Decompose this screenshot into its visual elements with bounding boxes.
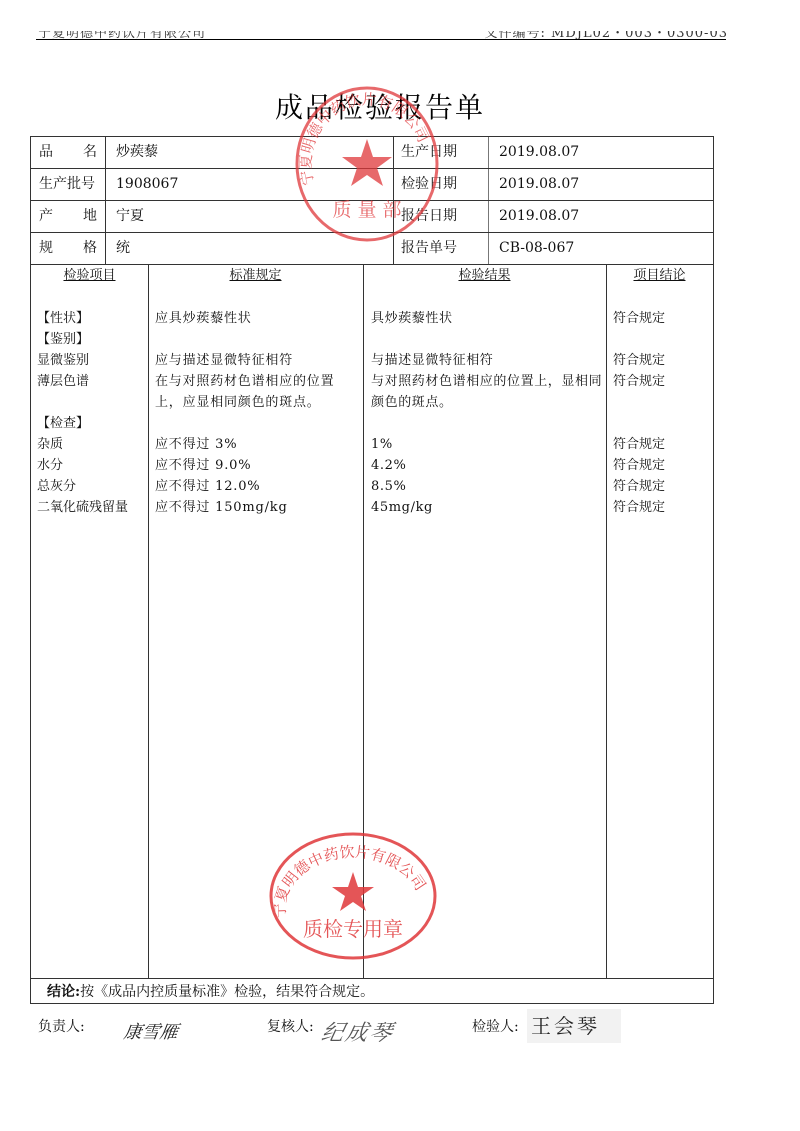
result-conclusion: 符合规定 [613, 350, 665, 371]
reviewer-signature: 纪成琴 [319, 1016, 398, 1047]
col-header-conclusion: 项目结论 [606, 265, 713, 287]
result-standard: 应不得过 150mg/kg [155, 497, 360, 518]
responsible-signature: 康雪雁 [122, 1018, 180, 1044]
result-conclusion: 符合规定 [613, 476, 665, 497]
result-item: 总灰分 [37, 476, 76, 497]
header-clip [0, 0, 800, 31]
result-standard: 应具炒蒺藜性状 [155, 308, 360, 329]
col-header-standard: 标准规定 [148, 265, 363, 287]
result-conclusion: 符合规定 [613, 308, 665, 329]
conclusion-label: 结论: [47, 984, 80, 1000]
column-divider [148, 265, 149, 978]
info-value: 炒蒺藜 [106, 137, 394, 168]
conclusion-row: 结论:按《成品内控质量标准》检验，结果符合规定。 [31, 978, 713, 1003]
info-label: 规格 [31, 233, 106, 264]
result-conclusion: 符合规定 [613, 371, 665, 392]
result-item: 显微鉴别 [37, 350, 89, 371]
col-header-item: 检验项目 [31, 265, 148, 287]
info-value: 2019.08.07 [489, 137, 713, 168]
result-standard: 应不得过 12.0% [155, 476, 360, 497]
result-value: 1% [371, 434, 603, 455]
info-row: 规格统报告单号CB-08-067 [31, 233, 713, 265]
result-item: 【检查】 [37, 413, 89, 434]
result-standard: 在与对照药材色谱相应的位置上，应显相同颜色的斑点。 [155, 371, 360, 413]
inspector-label: 检验人: [472, 1016, 519, 1038]
info-value: 统 [106, 233, 394, 264]
info-label: 检验日期 [394, 169, 489, 200]
result-item: 【鉴别】 [37, 329, 89, 350]
reviewer-label: 复核人: [267, 1016, 314, 1038]
info-value: 宁夏 [106, 201, 394, 232]
result-value: 4.2% [371, 455, 603, 476]
document-title: 成品检验报告单 [0, 86, 760, 126]
info-row: 产地宁夏报告日期2019.08.07 [31, 201, 713, 233]
info-label: 报告单号 [394, 233, 489, 264]
conclusion-text: 结论:按《成品内控质量标准》检验，结果符合规定。 [47, 982, 374, 1002]
info-label: 生产批号 [31, 169, 106, 200]
info-value: 1908067 [106, 169, 394, 200]
info-row: 品名炒蒺藜生产日期2019.08.07 [31, 137, 713, 169]
result-conclusion: 符合规定 [613, 497, 665, 518]
info-label: 品名 [31, 137, 106, 168]
result-item: 水分 [37, 455, 63, 476]
header-rule [36, 39, 726, 40]
info-label: 报告日期 [394, 201, 489, 232]
result-item: 薄层色谱 [37, 371, 89, 392]
info-value: 2019.08.07 [489, 169, 713, 200]
result-value: 45mg/kg [371, 497, 603, 518]
column-divider [363, 265, 364, 978]
info-value: 2019.08.07 [489, 201, 713, 232]
result-standard: 应不得过 3% [155, 434, 360, 455]
result-standard: 应与描述显微特征相符 [155, 350, 360, 371]
result-item: 杂质 [37, 434, 63, 455]
result-conclusion: 符合规定 [613, 455, 665, 476]
report-table: 品名炒蒺藜生产日期2019.08.07生产批号1908067检验日期2019.0… [30, 136, 714, 1004]
result-value: 与对照药材色谱相应的位置上，显相同颜色的斑点。 [371, 371, 603, 413]
info-label: 产地 [31, 201, 106, 232]
result-item: 【性状】 [37, 308, 89, 329]
info-row: 生产批号1908067检验日期2019.08.07 [31, 169, 713, 201]
result-value: 与描述显微特征相符 [371, 350, 603, 371]
page-header: 宁夏明德中药饮片有限公司 文件编号: MDJL02・003・0300-03 [0, 0, 800, 40]
responsible-label: 负责人: [38, 1016, 85, 1038]
result-standard: 应不得过 9.0% [155, 455, 360, 476]
info-value: CB-08-067 [489, 233, 713, 264]
inspector-signature: 王会琴 [527, 1009, 621, 1043]
result-conclusion: 符合规定 [613, 434, 665, 455]
result-item: 二氧化硫残留量 [37, 497, 128, 518]
col-header-result: 检验结果 [363, 265, 606, 287]
conclusion-body: 按《成品内控质量标准》检验，结果符合规定。 [80, 984, 374, 1000]
column-divider [606, 265, 607, 978]
info-label: 生产日期 [394, 137, 489, 168]
result-value: 8.5% [371, 476, 603, 497]
result-value: 具炒蒺藜性状 [371, 308, 603, 329]
